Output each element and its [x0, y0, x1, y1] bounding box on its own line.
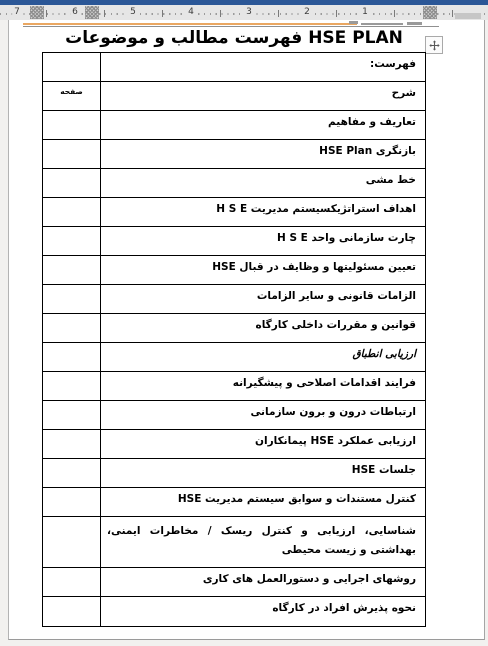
- page-number-cell[interactable]: [43, 401, 101, 429]
- document-title[interactable]: HSE PLAN فهرست مطالب و موضوعات: [42, 28, 426, 48]
- toc-item-cell[interactable]: شرح: [101, 82, 425, 110]
- clipped-text-artifact: [349, 21, 358, 24]
- page-number-cell[interactable]: [43, 597, 101, 626]
- toc-item-cell[interactable]: قوانین و مقررات داخلی کارگاه: [101, 314, 425, 342]
- toc-item-cell[interactable]: نحوه پذیرش افراد در کارگاه: [101, 597, 425, 626]
- clipped-line-artifact: [23, 23, 357, 25]
- ruler-number: 6: [70, 7, 80, 18]
- table-move-handle[interactable]: [425, 36, 443, 54]
- toc-item-cell[interactable]: فهرست:: [101, 53, 425, 81]
- toc-item-cell[interactable]: الزامات قانونی و سایر الزامات: [101, 285, 425, 313]
- document-page: HSE PLAN فهرست مطالب و موضوعات فهرست:صفح…: [8, 20, 485, 640]
- table-row: الزامات قانونی و سایر الزامات: [43, 285, 425, 314]
- toc-item-cell[interactable]: ارتباطات درون و برون سازمانی: [101, 401, 425, 429]
- table-row: چارت سازمانی واحد H S E: [43, 227, 425, 256]
- ruler-half-tick: [104, 10, 105, 17]
- table-row: تعاریف و مفاهیم: [43, 111, 425, 140]
- page-number-cell[interactable]: صفحه: [43, 82, 101, 110]
- page-number-cell[interactable]: [43, 227, 101, 255]
- page-number-cell[interactable]: [43, 140, 101, 168]
- table-row: نحوه پذیرش افراد در کارگاه: [43, 597, 425, 626]
- page-number-cell[interactable]: [43, 111, 101, 139]
- table-row: قوانین و مقررات داخلی کارگاه: [43, 314, 425, 343]
- ruler-number: 1: [360, 7, 370, 18]
- toc-item-cell[interactable]: روشهای اجرایی و دستورالعمل های کاری: [101, 568, 425, 596]
- ruler-half-tick: [336, 10, 337, 17]
- toc-table: فهرست:صفحهشرحتعاریف و مفاهیمبازنگری HSE …: [42, 52, 426, 627]
- page-number-cell[interactable]: [43, 256, 101, 284]
- ruler-number: 7: [12, 7, 22, 18]
- table-row: صفحهشرح: [43, 82, 425, 111]
- page-number-cell[interactable]: [43, 430, 101, 458]
- page-number-cell[interactable]: [43, 459, 101, 487]
- table-row: خط مشی: [43, 169, 425, 198]
- toc-item-cell[interactable]: کنترل مستندات و سوابق سیستم مدیریت HSE: [101, 488, 425, 516]
- ruler-half-tick: [220, 10, 221, 17]
- table-row: شناسایی، ارزیابی و کنترل ریسک / مخاطرات …: [43, 517, 425, 568]
- table-row: ارتباطات درون و برون سازمانی: [43, 401, 425, 430]
- toc-item-cell[interactable]: ارزیابی عملکرد HSE پیمانکاران: [101, 430, 425, 458]
- ruler-half-tick: [278, 10, 279, 17]
- table-row: تعیین مسئولیتها و وظایف در قبال HSE: [43, 256, 425, 285]
- page-number-cell[interactable]: [43, 53, 101, 81]
- page-number-cell[interactable]: [43, 488, 101, 516]
- ruler-number: 5: [128, 7, 138, 18]
- table-row: کنترل مستندات و سوابق سیستم مدیریت HSE: [43, 488, 425, 517]
- move-arrows-icon: [429, 40, 440, 51]
- toc-item-cell[interactable]: تعیین مسئولیتها و وظایف در قبال HSE: [101, 256, 425, 284]
- table-row: ارزیابی عملکرد HSE پیمانکاران: [43, 430, 425, 459]
- page-number-cell[interactable]: [43, 343, 101, 371]
- table-row: ارزیابی انطباق: [43, 343, 425, 372]
- toc-item-cell[interactable]: شناسایی، ارزیابی و کنترل ریسک / مخاطرات …: [101, 517, 425, 567]
- clipped-text-artifact: [407, 22, 422, 25]
- table-column-marker[interactable]: [30, 6, 44, 19]
- ruler-half-tick: [162, 10, 163, 17]
- page-number-cell[interactable]: [43, 285, 101, 313]
- toc-item-cell[interactable]: فرایند اقدامات اصلاحی و پیشگیرانه: [101, 372, 425, 400]
- toc-item-cell[interactable]: ارزیابی انطباق: [101, 343, 425, 371]
- page-number-cell[interactable]: [43, 517, 101, 567]
- ruler-number: 3: [244, 7, 254, 18]
- page-number-cell[interactable]: [43, 372, 101, 400]
- toc-item-cell[interactable]: تعاریف و مفاهیم: [101, 111, 425, 139]
- horizontal-ruler[interactable]: 7654321: [0, 5, 488, 20]
- toc-item-cell[interactable]: جلسات HSE: [101, 459, 425, 487]
- clipped-line-artifact-gray: [23, 26, 439, 27]
- ruler-half-tick: [46, 10, 47, 17]
- ruler-number: 4: [186, 7, 196, 18]
- ruler-number: 2: [302, 7, 312, 18]
- toc-item-cell[interactable]: خط مشی: [101, 169, 425, 197]
- toc-item-cell[interactable]: اهداف استراتژیکسیستم مدیریت H S E: [101, 198, 425, 226]
- table-row: فهرست:: [43, 53, 425, 82]
- ruler-end-artifact: [455, 13, 481, 19]
- ruler-half-tick: [394, 10, 395, 17]
- page-number-cell[interactable]: [43, 169, 101, 197]
- ruler-half-tick: [452, 10, 453, 17]
- table-column-marker[interactable]: [423, 6, 437, 19]
- page-number-cell[interactable]: [43, 314, 101, 342]
- table-column-marker[interactable]: [85, 6, 99, 19]
- table-row: فرایند اقدامات اصلاحی و پیشگیرانه: [43, 372, 425, 401]
- toc-item-cell[interactable]: بازنگری HSE Plan: [101, 140, 425, 168]
- clipped-text-artifact: [361, 23, 403, 25]
- table-row: جلسات HSE: [43, 459, 425, 488]
- table-row: روشهای اجرایی و دستورالعمل های کاری: [43, 568, 425, 597]
- table-row: بازنگری HSE Plan: [43, 140, 425, 169]
- page-number-cell[interactable]: [43, 568, 101, 596]
- table-row: اهداف استراتژیکسیستم مدیریت H S E: [43, 198, 425, 227]
- toc-item-cell[interactable]: چارت سازمانی واحد H S E: [101, 227, 425, 255]
- page-number-cell[interactable]: [43, 198, 101, 226]
